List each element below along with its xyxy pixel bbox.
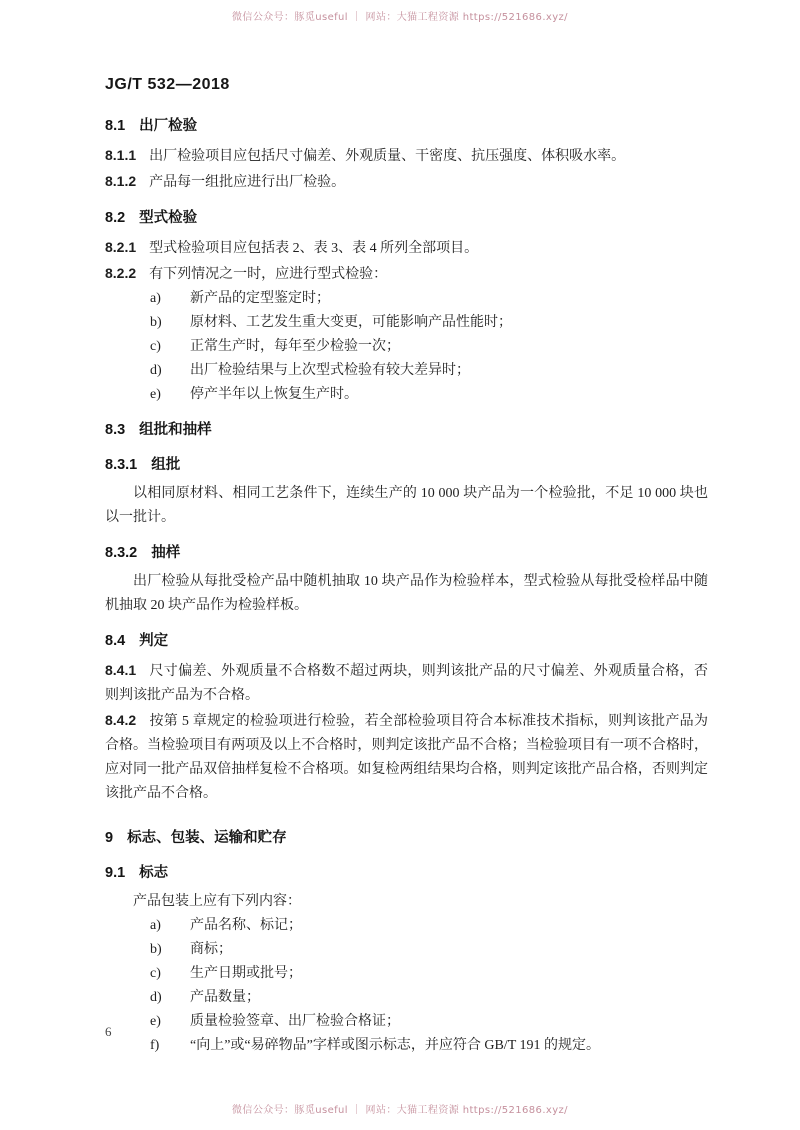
heading-number: 8.1 [105,118,125,134]
clause-number: 8.1.2 [105,173,136,189]
list-item: e)质量检验签章、出厂检验合格证； [150,1010,708,1034]
chapter-heading-9: 9标志、包装、运输和贮存 [105,826,708,850]
clause-number: 8.2.2 [105,265,136,281]
clause-number: 8.4.1 [105,662,136,678]
heading-number: 8.2 [105,210,125,226]
heading-number: 8.3.2 [105,545,137,561]
clause-8-1-1: 8.1.1出厂检验项目应包括尺寸偏差、外观质量、干密度、抗压强度、体积吸水率。 [105,143,708,169]
heading-title: 型式检验 [139,210,197,226]
type-inspection-conditions-list: a)新产品的定型鉴定时； b)原材料、工艺发生重大变更，可能影响产品性能时； c… [105,287,708,407]
list-marker: c) [150,962,190,986]
packaging-marking-list: a)产品名称、标记； b)商标； c)生产日期或批号； d)产品数量； e)质量… [105,914,708,1058]
section-heading-8-3: 8.3组批和抽样 [105,418,708,442]
heading-number: 8.3.1 [105,457,137,473]
heading-number: 9.1 [105,865,125,881]
list-text: 正常生产时，每年至少检验一次； [190,335,400,359]
section-heading-8-4: 8.4判定 [105,629,708,653]
clause-text: 尺寸偏差、外观质量不合格数不超过两块，则判该批产品的尺寸偏差、外观质量合格，否则… [105,664,708,703]
heading-number: 8.3 [105,422,125,438]
list-marker: b) [150,311,190,335]
page-number: 6 [105,1024,112,1040]
list-marker: d) [150,986,190,1010]
list-item: a)新产品的定型鉴定时； [150,287,708,311]
heading-title: 组批和抽样 [139,422,212,438]
section-heading-8-3-2: 8.3.2抽样 [105,541,708,565]
list-marker: d) [150,359,190,383]
clause-8-2-1: 8.2.1型式检验项目应包括表 2、表 3、表 4 所列全部项目。 [105,235,708,261]
list-item: e)停产半年以上恢复生产时。 [150,383,708,407]
clause-8-1-2: 8.1.2产品每一组批应进行出厂检验。 [105,169,708,195]
heading-title: 出厂检验 [139,118,197,134]
clause-text: 按第 5 章规定的检验项进行检验，若全部检验项目符合本标准技术指标，则判该批产品… [105,714,708,801]
list-item: d)出厂检验结果与上次型式检验有较大差异时； [150,359,708,383]
heading-title: 组批 [151,457,180,473]
clause-text: 出厂检验项目应包括尺寸偏差、外观质量、干密度、抗压强度、体积吸水率。 [149,149,625,164]
list-text: 停产半年以上恢复生产时。 [190,383,358,407]
list-marker: e) [150,383,190,407]
list-marker: b) [150,938,190,962]
list-marker: a) [150,914,190,938]
list-text: 原材料、工艺发生重大变更，可能影响产品性能时； [190,311,512,335]
list-item: c)生产日期或批号； [150,962,708,986]
clause-8-4-2: 8.4.2按第 5 章规定的检验项进行检验，若全部检验项目符合本标准技术指标，则… [105,708,708,806]
heading-title: 标志 [139,865,168,881]
list-text: “向上”或“易碎物品”字样或图示标志，并应符合 GB/T 191 的规定。 [190,1034,600,1058]
list-item: f)“向上”或“易碎物品”字样或图示标志，并应符合 GB/T 191 的规定。 [150,1034,708,1058]
list-item: b)商标； [150,938,708,962]
heading-title: 标志、包装、运输和贮存 [127,830,287,846]
list-text: 生产日期或批号； [190,962,302,986]
heading-title: 判定 [139,633,168,649]
document-page: JG/T 532—2018 8.1出厂检验 8.1.1出厂检验项目应包括尺寸偏差… [0,0,800,1130]
list-item: d)产品数量； [150,986,708,1010]
section-heading-8-1: 8.1出厂检验 [105,114,708,138]
clause-8-2-2: 8.2.2有下列情况之一时，应进行型式检验： [105,261,708,287]
paragraph-marking-intro: 产品包装上应有下列内容： [105,890,708,914]
section-heading-8-3-1: 8.3.1组批 [105,453,708,477]
list-text: 出厂检验结果与上次型式检验有较大差异时； [190,359,470,383]
heading-number: 8.4 [105,633,125,649]
paragraph-sampling: 出厂检验从每批受检产品中随机抽取 10 块产品作为检验样本，型式检验从每批受检样… [105,570,708,618]
clause-text: 有下列情况之一时，应进行型式检验： [149,267,387,282]
list-text: 产品名称、标记； [190,914,302,938]
paragraph-batching: 以相同原材料、相同工艺条件下，连续生产的 10 000 块产品为一个检验批，不足… [105,482,708,530]
list-item: c)正常生产时，每年至少检验一次； [150,335,708,359]
heading-number: 9 [105,830,113,846]
list-text: 产品数量； [190,986,260,1010]
list-marker: c) [150,335,190,359]
heading-title: 抽样 [151,545,180,561]
section-heading-9-1: 9.1标志 [105,861,708,885]
watermark-bottom: 微信公众号：豚觅useful ｜ 网站：大猫工程资源 https://52168… [0,1101,800,1116]
list-item: b)原材料、工艺发生重大变更，可能影响产品性能时； [150,311,708,335]
clause-text: 产品每一组批应进行出厂检验。 [149,175,345,190]
clause-8-4-1: 8.4.1尺寸偏差、外观质量不合格数不超过两块，则判该批产品的尺寸偏差、外观质量… [105,658,708,708]
list-text: 商标； [190,938,232,962]
doc-number: JG/T 532—2018 [105,76,708,94]
list-marker: f) [150,1034,190,1058]
list-text: 质量检验签章、出厂检验合格证； [190,1010,400,1034]
clause-text: 型式检验项目应包括表 2、表 3、表 4 所列全部项目。 [149,241,478,256]
clause-number: 8.4.2 [105,712,136,728]
list-item: a)产品名称、标记； [150,914,708,938]
section-heading-8-2: 8.2型式检验 [105,206,708,230]
list-text: 新产品的定型鉴定时； [190,287,330,311]
clause-number: 8.2.1 [105,239,136,255]
clause-number: 8.1.1 [105,147,136,163]
list-marker: a) [150,287,190,311]
list-marker: e) [150,1010,190,1034]
